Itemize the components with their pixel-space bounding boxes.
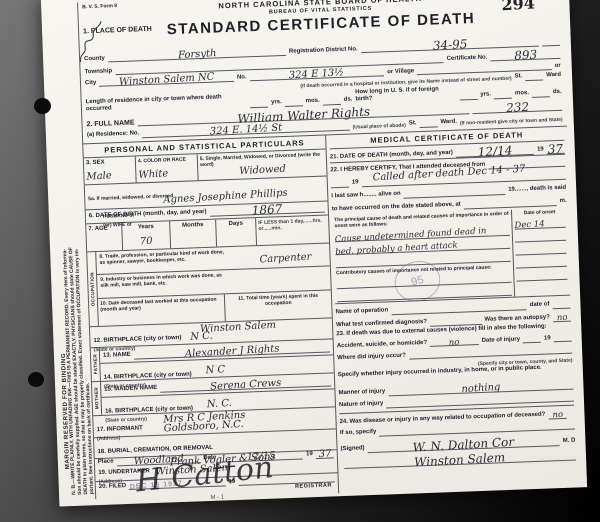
full-name-label: 2. FULL NAME: [86, 119, 134, 128]
father-birthplace-value: N C: [205, 365, 225, 376]
last-worked-label: 10. Date deceased last worked at this oc…: [100, 296, 223, 312]
related-value: no: [552, 411, 563, 420]
blank-line: [532, 96, 550, 98]
ward-label: Ward.: [440, 119, 457, 127]
blank-line: [542, 45, 560, 47]
foreign-label: How long in U. S. if of foreign birth?: [355, 85, 456, 104]
certificate-no-line: 893: [490, 48, 560, 62]
filed-label: 20. FILED: [99, 483, 127, 491]
abode-note: (Usual place of abode): [352, 122, 406, 130]
informant-label: 17. INFORMANT: [97, 425, 143, 433]
registrar-label: REGISTRAR: [295, 483, 332, 490]
occupation-group: OCCUPATION 8. Trade, profession, or part…: [87, 243, 332, 327]
onset-line-5: [516, 266, 567, 281]
residence-label: (a) Residence: No.: [87, 130, 140, 139]
death-19-label: 19: [537, 147, 544, 155]
ds-label: ds.: [553, 89, 562, 97]
blank-line: [250, 106, 268, 108]
punch-hole-bottom: [28, 372, 44, 387]
mos-label: mos.: [515, 90, 529, 98]
autopsy-value: no: [556, 314, 567, 323]
district-value: 34-95: [432, 38, 467, 52]
certificate-paper: MARGIN RESERVED FOR BINDING N. B.—WRITE …: [41, 0, 587, 507]
village-label: or Village: [387, 68, 414, 76]
medical-column: MEDICAL CERTIFICATE OF DEATH 21. DATE OF…: [326, 126, 580, 493]
cause-block: The principal cause of death and related…: [332, 207, 570, 304]
onset-value: Dec 14: [514, 220, 545, 230]
total-time-label: 11. Total time (years) spent in this occ…: [227, 292, 329, 308]
autopsy-line: no: [553, 314, 571, 322]
trade-value: Carpenter: [259, 252, 311, 265]
father-birthplace-label: 14. BIRTHPLACE (city or town): [104, 371, 192, 380]
nonresident-note: (If non-resident give city or town and S…: [460, 116, 563, 126]
mother-birthplace-value: N. C.: [207, 398, 232, 409]
accident-value: no: [449, 338, 460, 347]
blank-line: [494, 97, 512, 99]
birthplace-state-value: N C.: [190, 331, 213, 342]
father-name-label: 13. NAME: [103, 352, 131, 361]
certificate-form: B. V. S. Form 8 1. PLACE OF DEATH NORTH …: [77, 0, 580, 499]
full-name-extra-line: 232: [472, 99, 562, 113]
last-worked-cell: 10. Date deceased last worked at this oc…: [98, 294, 226, 326]
operation-date-label: date of: [530, 301, 550, 309]
page-number-stamp: 294: [500, 0, 534, 14]
birthplace-label: 12. BIRTHPLACE (city or town): [93, 334, 181, 343]
m-label: m.: [560, 198, 567, 206]
city-no-label: No.: [237, 74, 247, 82]
nature-label: Nature of injury: [339, 401, 384, 410]
county-value: Forsyth: [177, 49, 216, 61]
occupation-related-block: 24. Was disease or injury in any way rel…: [339, 404, 576, 469]
external-block: 23. If death was due to external causes …: [336, 322, 573, 380]
personal-column: PERSONAL AND STATISTICAL PARTICULARS 3. …: [83, 135, 339, 502]
st-label: St.: [514, 73, 522, 81]
death-year-line: 37: [547, 142, 565, 154]
certificate-no-label: Certificate No.: [447, 54, 488, 63]
husband-of-label: HUSBAND of: [103, 212, 134, 219]
if-so-label: If so, specify: [340, 429, 377, 438]
race-value: White: [138, 167, 195, 180]
injury-19-label: 19: [544, 335, 551, 343]
registration-block: County Forsyth Registration District No.…: [80, 35, 567, 140]
spouse-label: 5a. If married, widowed, or divorced: [88, 193, 173, 202]
blank-line: [525, 79, 543, 81]
certify-block: 22. I HEREBY CERTIFY, That I attended de…: [330, 154, 567, 214]
header-titles: NORTH CAROLINA STATE BOARD OF HEALTH BUR…: [78, 0, 563, 41]
city-label: City: [85, 79, 97, 87]
death-certificate-scan: MARGIN RESERVED FOR BINDING N. B.—WRITE …: [0, 0, 600, 522]
injury-date-label: Date of injury: [482, 336, 521, 345]
birthdate-value: 1867: [252, 202, 283, 216]
onset-column: Date of onset Dec 14: [511, 207, 570, 296]
industry-label: 9. Industry or business in which work wa…: [100, 272, 230, 289]
race-cell: 4. COLOR OR RACE White: [136, 154, 199, 182]
certificate-no-value: 893: [513, 48, 537, 61]
yrs-label: yrs.: [480, 91, 491, 99]
death-year-value: 37: [548, 142, 564, 155]
mother-name-value: Serena Crews: [210, 378, 282, 392]
sex-label: 3. SEX: [86, 158, 133, 167]
ward-label: Ward: [546, 72, 561, 80]
mos-label: mos.: [306, 98, 320, 106]
sex-value: Male: [86, 170, 133, 183]
marital-value: Widowed: [239, 164, 286, 177]
district-label: Registration District No.: [289, 46, 358, 56]
trade-label: 8. Trade, profession, or particular kind…: [99, 249, 229, 266]
yrs-label: yrs.: [271, 99, 282, 107]
related-line: no: [548, 411, 566, 419]
occupation-body: 8. Trade, profession, or particular kind…: [96, 243, 332, 325]
manner-value: nothing: [461, 382, 500, 394]
blank-line: [420, 126, 438, 128]
or-label: or: [555, 62, 561, 70]
race-label: 4. COLOR OR RACE: [138, 156, 195, 164]
columns: PERSONAL AND STATISTICAL PARTICULARS 3. …: [83, 125, 580, 501]
certify-19-label: 19: [352, 179, 359, 187]
residence-value: 324 E. 14½ St: [209, 123, 282, 137]
ds-label: ds.: [344, 96, 353, 104]
blank-line: [459, 98, 477, 100]
md-label: M. D: [563, 438, 576, 446]
residence-length-label: Length of residence in city or town wher…: [86, 93, 248, 114]
age-years-value: 70: [140, 236, 153, 247]
blank-line: [323, 103, 341, 105]
total-time-cell: 11. Total time (years) spent in this occ…: [225, 290, 332, 321]
blank-line: [285, 105, 303, 107]
marital-cell: 5. Single, Married, Widowed, or Divorced…: [198, 149, 327, 180]
full-name-number: 232: [505, 100, 529, 113]
circular-stamp-number: 95: [410, 273, 425, 288]
signed-label: (Signed): [340, 445, 364, 453]
township-label: Township: [84, 68, 112, 77]
punch-hole-top: [34, 98, 51, 114]
sex-cell: 3. SEX Male: [84, 156, 137, 184]
st-label: St.: [409, 120, 417, 128]
